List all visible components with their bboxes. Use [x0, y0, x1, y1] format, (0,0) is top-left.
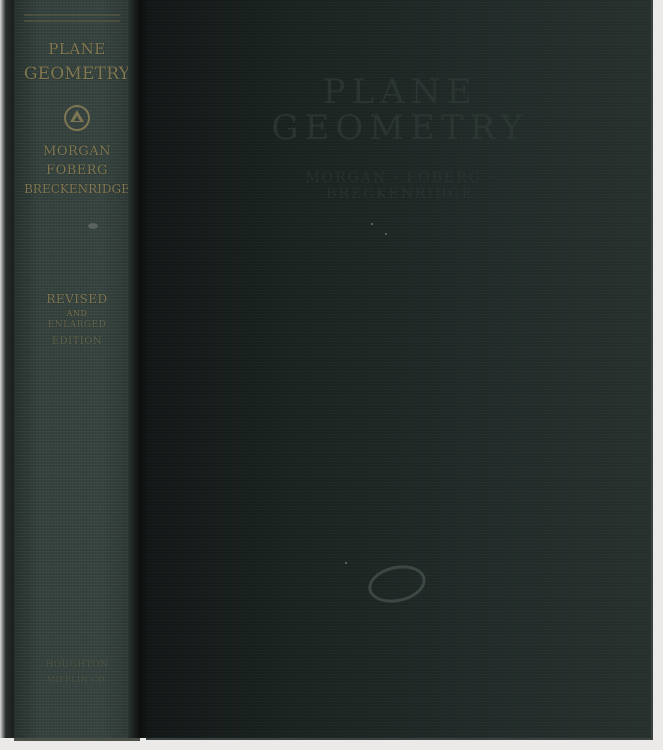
spine-wear-spot [88, 223, 98, 229]
speck [385, 233, 387, 235]
book: PLANE GEOMETRY MORGAN FOBERG BRECKENRIDG… [0, 0, 652, 740]
spine-publisher-line2: MIFFLIN CO. [14, 675, 140, 684]
spine-edition-line4: EDITION [14, 336, 140, 347]
cover-title-line2: GEOMETRY [250, 108, 550, 148]
spine-author-2: FOBERG [14, 163, 140, 178]
spine-edition-line1: REVISED [14, 292, 140, 306]
spine-title-line1: PLANE [14, 40, 140, 58]
triangle-in-circle-icon [64, 105, 90, 131]
cover-authors: MORGAN · FOBERG · BRECKENRIDGE [300, 170, 500, 202]
spine-edition-line2: AND [14, 309, 140, 318]
spine-author-1: MORGAN [14, 144, 140, 159]
spine-top-rule-2 [24, 20, 120, 22]
speck [371, 223, 373, 225]
spine-edition-line3: ENLARGED [14, 320, 140, 330]
cover-title-line1: PLANE [260, 72, 540, 112]
spine-top-rule [24, 14, 120, 16]
speck [345, 562, 347, 564]
triangle-inner [74, 116, 80, 121]
spine-author-3: BRECKENRIDGE [14, 182, 140, 196]
spine-publisher-line1: HOUGHTON [14, 660, 140, 670]
spine-title-line2: GEOMETRY [14, 64, 140, 84]
